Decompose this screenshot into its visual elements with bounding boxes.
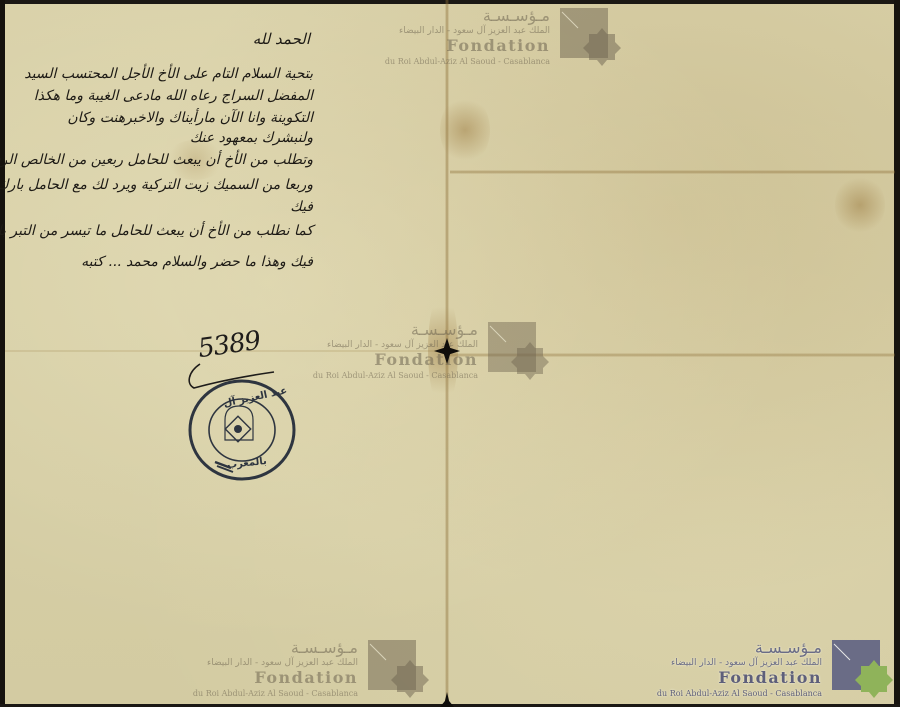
letter-line: بتحية السلام التام على الأخ الأجل المحتس… <box>24 66 313 82</box>
watermark-french-subtitle: du Roi Abdul-Aziz Al Saoud - Casablanca <box>313 371 478 380</box>
watermark-bottom-left: مـؤسـسـة الملك عبد العزيز آل سعود - الدا… <box>170 636 430 706</box>
watermark-arabic-subtitle: الملك عبد العزيز آل سعود - الدار البيضاء <box>207 658 358 668</box>
watermark-arabic-subtitle: الملك عبد العزيز آل سعود - الدار البيضاء <box>399 26 550 36</box>
watermark-french-subtitle: du Roi Abdul-Aziz Al Saoud - Casablanca <box>657 689 822 698</box>
letter-heading: الحمد لله <box>253 30 310 48</box>
letter-line: فيك وهذا ما حضر والسلام محمد ... كتبه <box>81 254 313 270</box>
watermark-bottom-right: مـؤسـسـة الملك عبد العزيز آل سعود - الدا… <box>634 636 894 706</box>
fold-hole <box>440 692 454 707</box>
watermark-french-subtitle: du Roi Abdul-Aziz Al Saoud - Casablanca <box>385 57 550 66</box>
watermark-french-title: Fondation <box>718 668 822 687</box>
horizontal-fold-line <box>450 170 895 174</box>
paper-stain <box>835 175 885 235</box>
letter-line: كما نطلب من الأخ أن يبعث للحامل ما تيسر … <box>0 223 313 239</box>
letter-line: فيك <box>290 199 313 215</box>
letter-line: المفضل السراج رعاه الله مادعى الغيبة وما… <box>34 88 313 104</box>
fondation-logo-icon <box>832 640 894 700</box>
watermark-top: مـؤسـسـة الملك عبد العزيز آل سعود - الدا… <box>362 4 622 74</box>
document-scan: الحمد لله بتحية السلام التام على الأخ ال… <box>0 0 900 707</box>
letter-line: وربعا من السميك زيت التركية ويرد لك مع ا… <box>0 177 313 193</box>
watermark-arabic-title: مـؤسـسـة <box>755 638 822 657</box>
watermark-french-title: Fondation <box>446 36 550 55</box>
fondation-logo-icon <box>368 640 430 700</box>
fondation-logo-icon <box>560 8 622 68</box>
watermark-french-title: Fondation <box>374 350 478 369</box>
watermark-arabic-title: مـؤسـسـة <box>291 638 358 657</box>
fondation-logo-icon <box>488 322 550 382</box>
watermark-arabic-title: مـؤسـسـة <box>483 6 550 25</box>
watermark-french-title: Fondation <box>254 668 358 687</box>
letter-line: وتطلب من الأخ أن يبعث للحامل ربعين من ال… <box>0 152 313 168</box>
official-seal: عبد العزيز آل بالمغرب <box>187 378 297 482</box>
watermark-arabic-title: مـؤسـسـة <box>411 320 478 339</box>
letter-line: التكوينة وانا الآن مارأيناك والاخبرهنت و… <box>67 110 313 126</box>
watermark-arabic-subtitle: الملك عبد العزيز آل سعود - الدار البيضاء <box>671 658 822 668</box>
watermark-french-subtitle: du Roi Abdul-Aziz Al Saoud - Casablanca <box>193 689 358 698</box>
watermark-arabic-subtitle: الملك عبد العزيز آل سعود - الدار البيضاء <box>327 340 478 350</box>
watermark-center: مـؤسـسـة الملك عبد العزيز آل سعود - الدا… <box>290 318 550 388</box>
letter-line: ولنبشرك بمعهود عنك <box>190 130 313 146</box>
paper-stain <box>440 95 490 165</box>
